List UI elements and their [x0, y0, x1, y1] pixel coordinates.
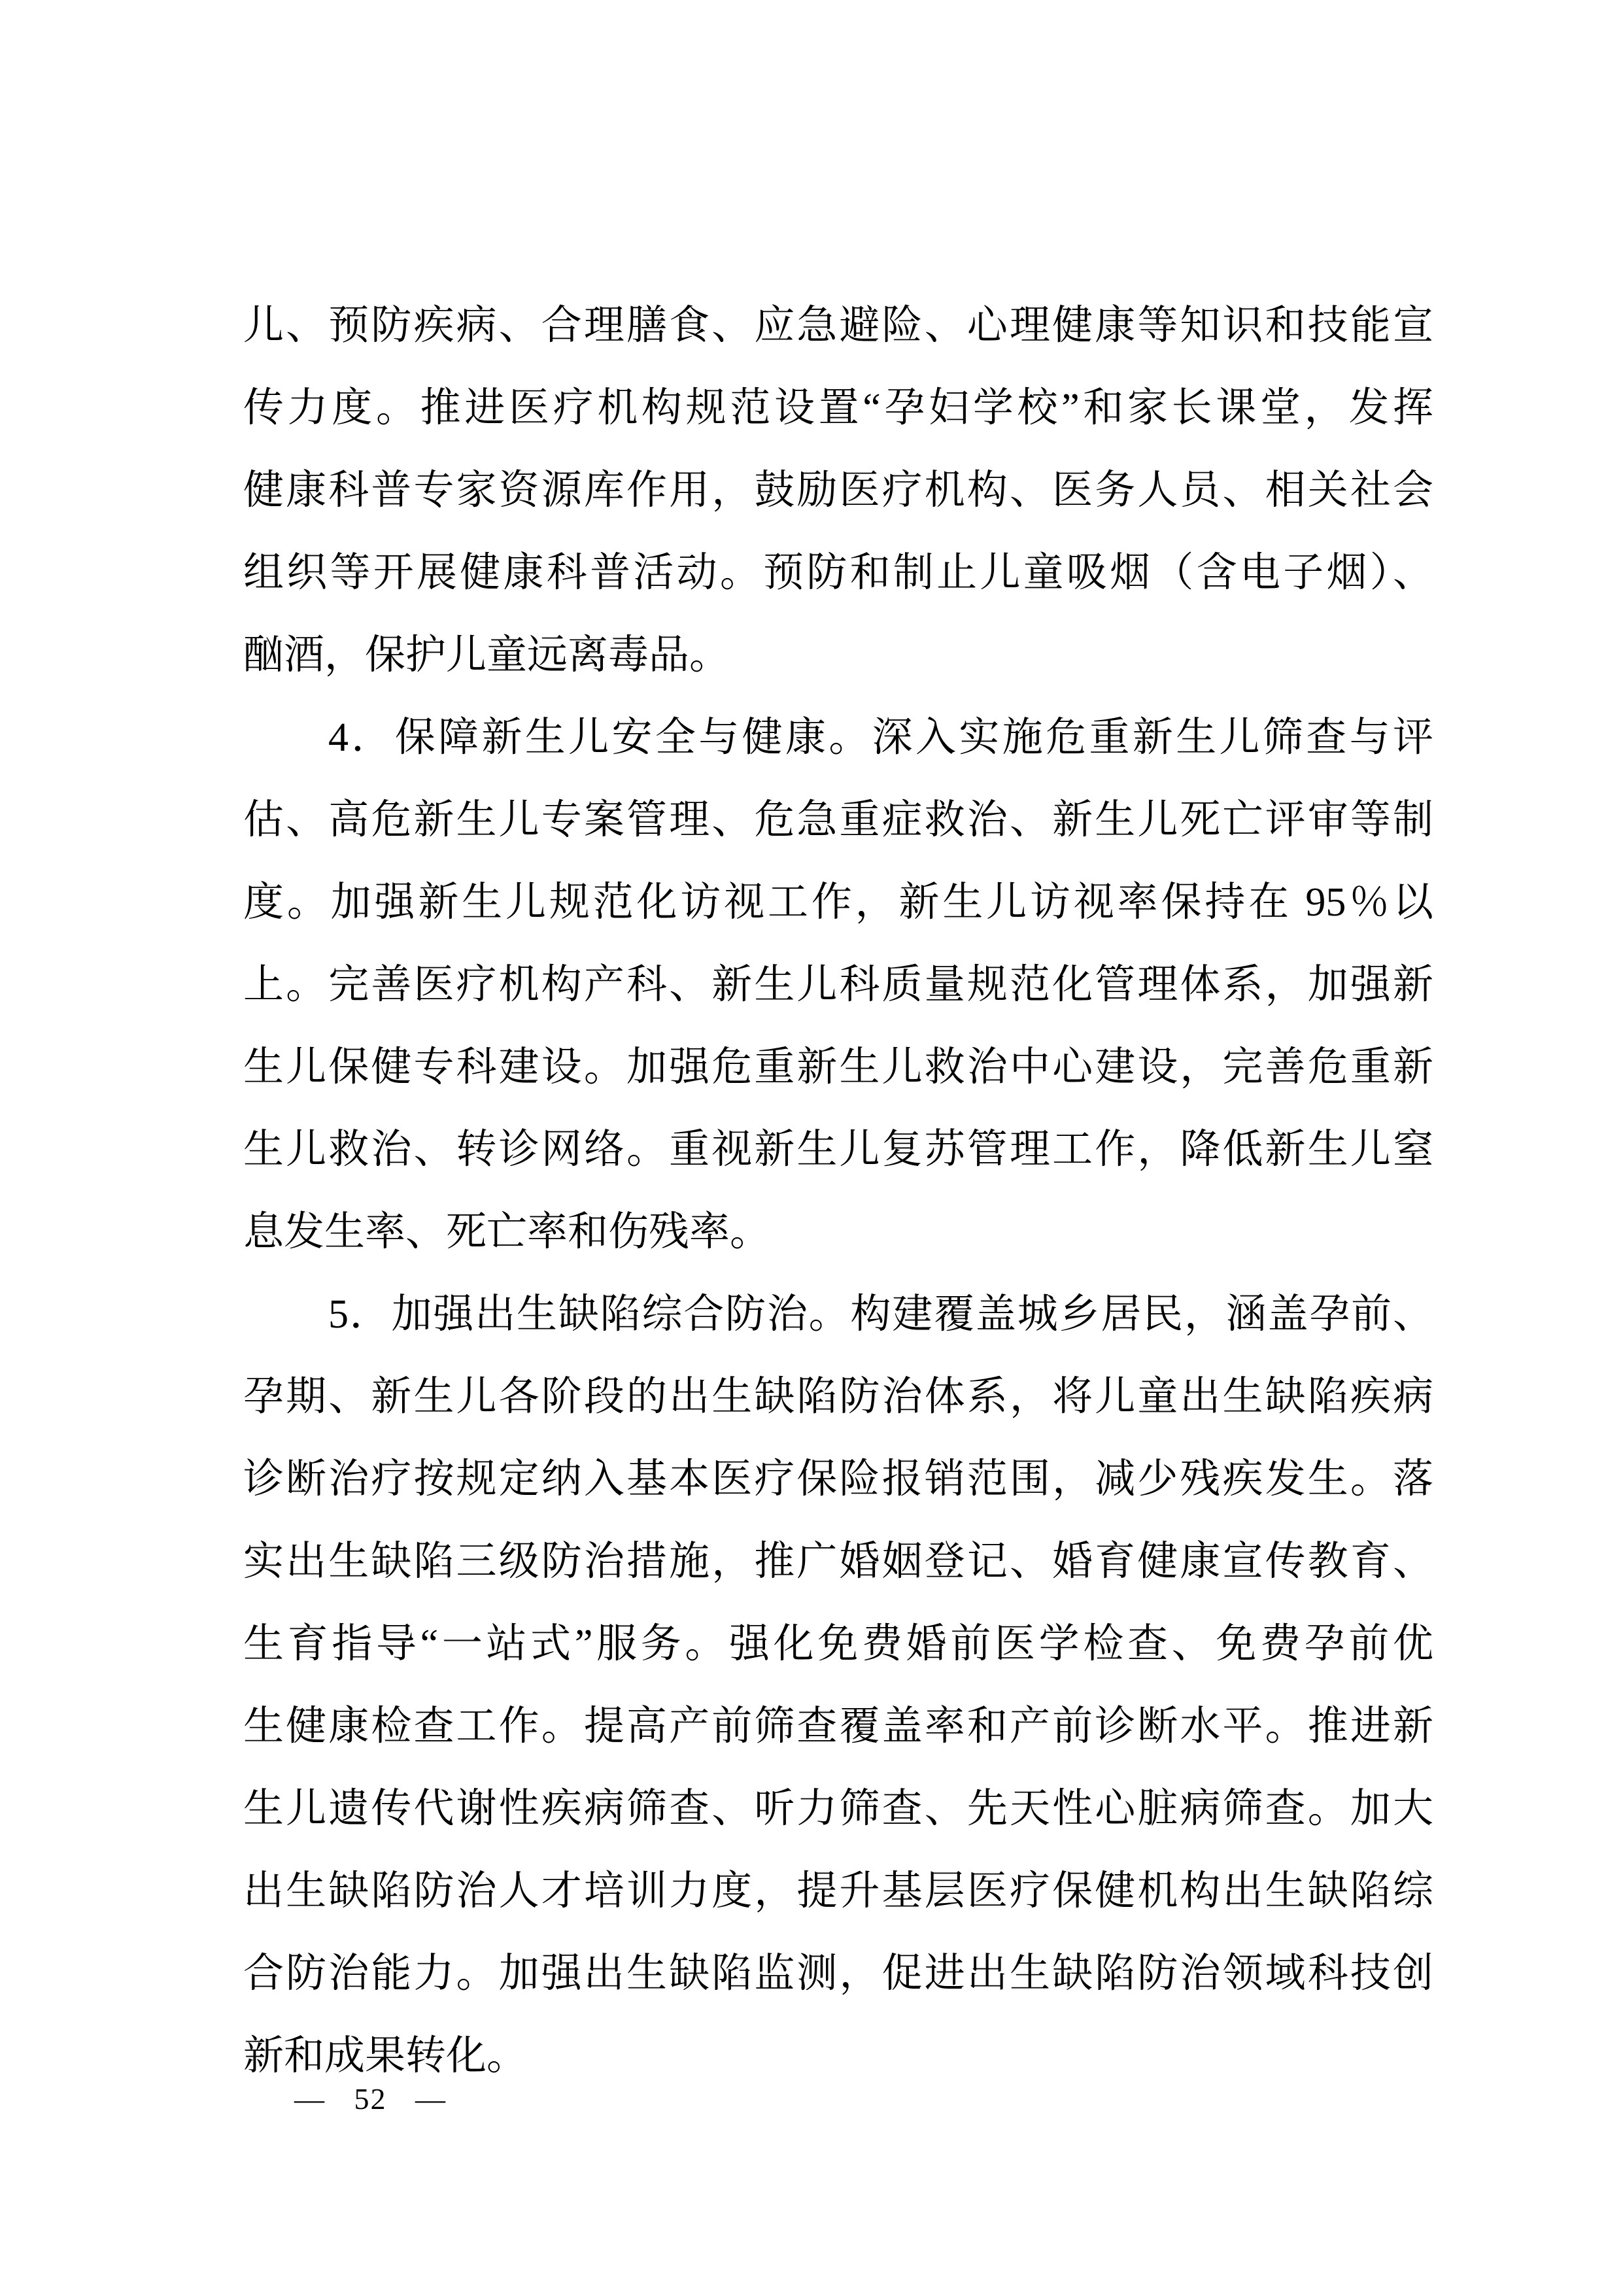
text-line: 4．保障新生儿安全与健康。深入实施危重新生儿筛查与评	[243, 696, 1433, 779]
body-text-block: 儿、预防疾病、合理膳食、应急避险、心理健康等知识和技能宣传力度。推进医疗机构规范…	[243, 284, 1433, 2097]
text-line: 息发生率、死亡率和伤残率。	[243, 1191, 1433, 1273]
text-line: 儿、预防疾病、合理膳食、应急避险、心理健康等知识和技能宣	[243, 284, 1433, 367]
text-line: 度。加强新生儿规范化访视工作，新生儿访视率保持在 95％以	[243, 861, 1433, 944]
text-line: 上。完善医疗机构产科、新生儿科质量规范化管理体系，加强新	[243, 944, 1433, 1026]
text-line: 5．加强出生缺陷综合防治。构建覆盖城乡居民，涵盖孕前、	[243, 1273, 1433, 1356]
text-line: 实出生缺陷三级防治措施，推广婚姻登记、婚育健康宣传教育、	[243, 1520, 1433, 1603]
text-line: 生儿遗传代谢性疾病筛查、听力筛查、先天性心脏病筛查。加大	[243, 1768, 1433, 1850]
text-line: 生儿保健专科建设。加强危重新生儿救治中心建设，完善危重新	[243, 1026, 1433, 1108]
text-line: 生儿救治、转诊网络。重视新生儿复苏管理工作，降低新生儿窒	[243, 1108, 1433, 1191]
document-page: 儿、预防疾病、合理膳食、应急避险、心理健康等知识和技能宣传力度。推进医疗机构规范…	[0, 0, 1623, 2296]
text-line: 组织等开展健康科普活动。预防和制止儿童吸烟（含电子烟）、	[243, 532, 1433, 614]
text-line: 生健康检查工作。提高产前筛查覆盖率和产前诊断水平。推进新	[243, 1685, 1433, 1768]
page-footer: — 52 —	[294, 2080, 447, 2119]
text-line: 健康科普专家资源库作用，鼓励医疗机构、医务人员、相关社会	[243, 449, 1433, 532]
text-line: 估、高危新生儿专案管理、危急重症救治、新生儿死亡评审等制	[243, 779, 1433, 861]
text-line: 出生缺陷防治人才培训力度，提升基层医疗保健机构出生缺陷综	[243, 1850, 1433, 1932]
text-line: 生育指导“一站式”服务。强化免费婚前医学检查、免费孕前优	[243, 1603, 1433, 1685]
text-line: 传力度。推进医疗机构规范设置“孕妇学校”和家长课堂，发挥	[243, 367, 1433, 449]
text-line: 酗酒，保护儿童远离毒品。	[243, 614, 1433, 696]
text-line: 诊断治疗按规定纳入基本医疗保险报销范围，减少残疾发生。落	[243, 1438, 1433, 1520]
text-line: 合防治能力。加强出生缺陷监测，促进出生缺陷防治领域科技创	[243, 1932, 1433, 2015]
page-number: — 52 —	[294, 2082, 447, 2116]
text-line: 孕期、新生儿各阶段的出生缺陷防治体系，将儿童出生缺陷疾病	[243, 1356, 1433, 1438]
